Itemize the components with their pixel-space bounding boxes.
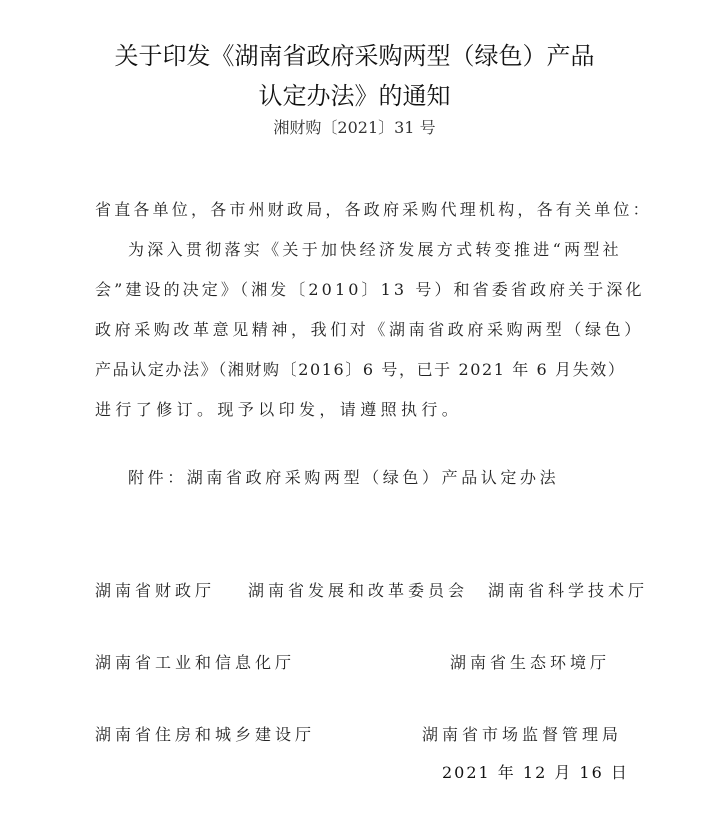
attachment-line: 附件：湖南省政府采购两型（绿色）产品认定办法 xyxy=(128,465,559,488)
signatory-industry-it: 湖南省工业和信息化厅 xyxy=(95,650,295,673)
signatory-science-technology: 湖南省科学技术厅 xyxy=(488,578,648,601)
issue-date: 2021 年 12 月 16 日 xyxy=(442,760,629,783)
signatory-development-reform: 湖南省发展和改革委员会 xyxy=(248,578,468,601)
signatory-housing-construction: 湖南省住房和城乡建设厅 xyxy=(95,722,315,745)
signatory-market-regulation: 湖南省市场监督管理局 xyxy=(422,722,622,745)
body-line-2: 会”建设的决定》（湘发〔2010〕13 号）和省委省政府关于深化 xyxy=(95,277,645,300)
signatory-ecology-environment: 湖南省生态环境厅 xyxy=(450,650,610,673)
document-title-line-1: 关于印发《湖南省政府采购两型（绿色）产品 xyxy=(0,36,709,71)
addressee: 省直各单位，各市州财政局，各政府采购代理机构，各有关单位： xyxy=(95,197,652,220)
body-line-3: 政府采购改革意见精神，我们对《湖南省政府采购两型（绿色） xyxy=(95,317,644,340)
body-line-5: 进行了修订。现予以印发，请遵照执行。 xyxy=(95,397,462,420)
document-number: 湘财购〔2021〕31 号 xyxy=(0,115,709,138)
document-title-line-2: 认定办法》的通知 xyxy=(0,76,709,111)
body-line-4: 产品认定办法》（湘财购〔2016〕6 号，已于 2021 年 6 月失效） xyxy=(95,357,625,380)
body-line-1: 为深入贯彻落实《关于加快经济发展方式转变推进“两型社 xyxy=(128,237,622,260)
signatory-finance: 湖南省财政厅 xyxy=(95,578,215,601)
